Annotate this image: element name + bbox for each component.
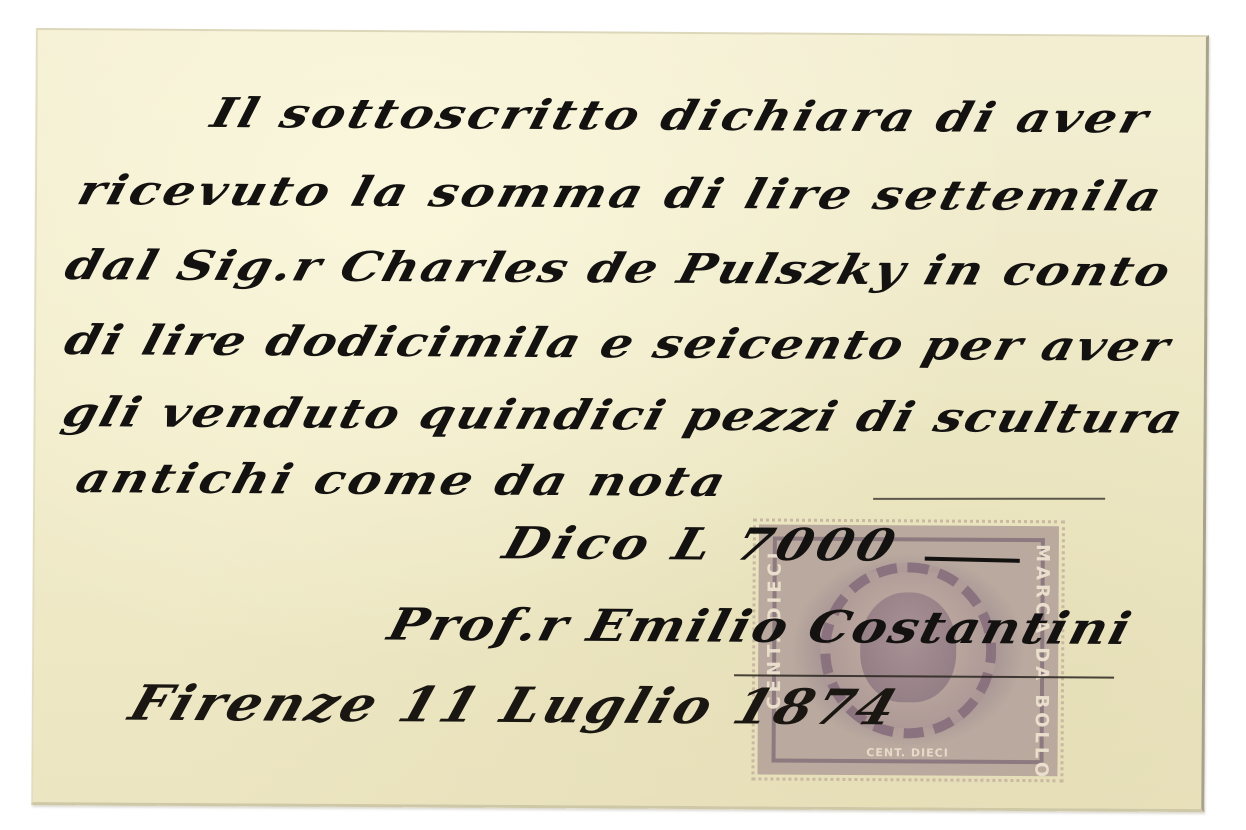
stamp-value-text: CENT. DIECI xyxy=(866,746,949,760)
body-line-2: ricevuto la somma di lire settemila xyxy=(73,166,1170,221)
signature: Prof.r Emilio Costantini xyxy=(383,599,1138,655)
amount-line: Dico L 7000 xyxy=(497,517,905,571)
body-line-1: Il sottoscritto dichiara di aver xyxy=(206,88,1156,142)
body-line-4: di lire dodicimila e seicento per aver xyxy=(60,316,1177,371)
receipt-paper: Il sottoscritto dichiara di aver ricevut… xyxy=(31,28,1209,812)
body-line-6: antichi come da nota xyxy=(71,454,734,506)
stamp-right-text: MARCA DA BOLLO xyxy=(1030,544,1052,781)
closing-flourish-rule xyxy=(873,498,1105,500)
place-date: Firenze 11 Luglio 1874 xyxy=(123,674,908,736)
body-line-5: gli venduto quindici pezzi di scultura xyxy=(57,388,1189,443)
body-line-3: dal Sig.r Charles de Pulszky in conto xyxy=(60,241,1177,296)
